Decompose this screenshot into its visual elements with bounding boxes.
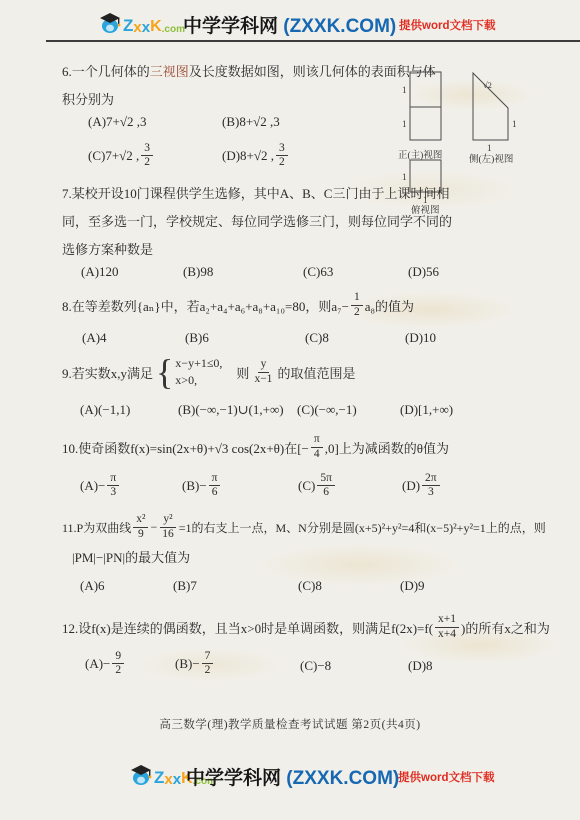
q6-text: 及长度数据如图，则该几何体的表面积与体 [189, 64, 436, 79]
bottom-banner: ZxxK.com 中学学科网 (ZXXK.COM) 提供word文档下载 [0, 760, 580, 794]
system-brace: { [156, 354, 173, 390]
q9-text: 9.若实数x,y满足 [62, 363, 153, 382]
logo-letter: x [142, 19, 150, 36]
promo-text: 提供word文档下载 [398, 769, 494, 785]
q9-option-a: (A)(−1,1) [80, 402, 130, 418]
header-divider [46, 40, 580, 42]
site-title-url: (ZXXK.COM) [286, 768, 399, 789]
question-10: 10.使奇函数f(x)=sin(2x+θ)+√3 cos(2x+θ)在[− π4… [62, 430, 574, 508]
logo-letter: .com [162, 24, 185, 36]
q11-option-b: (B)7 [173, 578, 197, 594]
fraction: 92 [112, 650, 124, 677]
q9-text: 的取值范围是 [277, 363, 355, 382]
q10-option-d: (D)2π3 [402, 472, 442, 499]
question-8-line: 8.在等差数列{aₙ}中，若a₂+a₄+a₆+a₈+a₁₀=80，则a₇− 12… [62, 288, 574, 322]
q6-option-b: (B)8+√2 ,3 [222, 114, 280, 130]
fraction: 2π3 [422, 472, 440, 499]
fraction: 32 [276, 142, 288, 169]
q10-option-b: (B)−π6 [182, 472, 222, 499]
question-6-line1: 6.一个几何体的三视图及长度数据如图，则该几何体的表面积与体 [62, 58, 574, 86]
graduation-cap-mascot-icon [97, 10, 123, 36]
question-12: 12.设f(x)是连续的偶函数，且当x>0时是单调函数，则满足f(2x)=f( … [62, 610, 574, 686]
site-title: 中学学科网 (ZXXK.COM) [183, 11, 396, 38]
question-7: 7.某校开设10门课程供学生选修，其中A、B、C三门由于上课时间相 同，至多选一… [62, 180, 574, 286]
q10-option-a: (A)−π3 [80, 472, 121, 499]
q8-option-b: (B)6 [185, 330, 209, 346]
q11-text: =1的右支上一点，M、N分别是圆(x+5)²+y²=4和(x−5)²+y²=1上… [179, 519, 546, 536]
fraction: yx−1 [251, 358, 275, 385]
graduation-cap-mascot-icon [128, 762, 154, 788]
q11-option-c: (C)8 [298, 578, 322, 594]
question-6-line2: 积分别为 [62, 86, 574, 114]
question-7-line2: 同，至多选一门，学校规定、每位同学选修三门，则每位同学不同的 [62, 208, 574, 236]
q9-option-b: (B)(−∞,−1)∪(1,+∞) [178, 402, 284, 418]
q6-option-c-text: (C)7+√2 , [88, 148, 139, 164]
q12-option-b: (B)−72 [175, 650, 215, 677]
question-7-line1: 7.某校开设10门课程供学生选修，其中A、B、C三门由于上课时间相 [62, 180, 574, 208]
logo-letter: x [173, 771, 181, 788]
fraction: π3 [107, 472, 119, 499]
question-10-line: 10.使奇函数f(x)=sin(2x+θ)+√3 cos(2x+θ)在[− π4… [62, 430, 574, 464]
q12-text: )的所有x之和为 [461, 618, 550, 637]
logo-letter: K [150, 18, 162, 36]
fraction: y²16 [159, 513, 177, 540]
question-11: 11.P为双曲线 x²9 − y²16 =1的右支上一点，M、N分别是圆(x+5… [62, 510, 574, 600]
fraction: π6 [209, 472, 221, 499]
q12-option-a: (A)−92 [85, 650, 126, 677]
q8-text: a₈的值为 [365, 296, 414, 315]
fraction: x²9 [133, 513, 148, 540]
logo-letter: Z [123, 16, 133, 36]
inequality-system: x−y+1≤0, x>0, [175, 355, 222, 389]
logo-letter: x [133, 19, 141, 36]
site-title-cn: 中学学科网 [183, 16, 278, 37]
top-banner: ZxxK.com 中学学科网 (ZXXK.COM) 提供word文档下载 [0, 8, 580, 42]
fraction: 5π6 [317, 472, 335, 499]
q8-option-d: (D)10 [405, 330, 436, 346]
q9-option-d: (D)[1,+∞) [400, 402, 453, 418]
q7-option-a: (A)120 [81, 264, 119, 280]
q10-option-c: (C)5π6 [298, 472, 337, 499]
q8-option-a: (A)4 [82, 330, 107, 346]
logo-letter: Z [154, 768, 164, 788]
question-8: 8.在等差数列{aₙ}中，若a₂+a₄+a₆+a₈+a₁₀=80，则a₇− 12… [62, 288, 574, 352]
site-title-cn: 中学学科网 [186, 768, 281, 789]
promo-text: 提供word文档下载 [399, 17, 495, 33]
q6-text: 6.一个几何体的 [62, 64, 150, 79]
q9-option-c: (C)(−∞,−1) [297, 402, 357, 418]
q6-option-c: (C)7+√2 ,32 [88, 142, 155, 169]
question-6: 6.一个几何体的三视图及长度数据如图，则该几何体的表面积与体 积分别为 (A)7… [62, 58, 574, 178]
q7-option-d: (D)56 [408, 264, 439, 280]
q10-text: ,0]上为减函数的θ值为 [325, 438, 449, 457]
q7-option-c: (C)63 [303, 264, 333, 280]
q11-text: − [150, 520, 157, 535]
q8-text: 8.在等差数列{aₙ}中，若a₂+a₄+a₆+a₈+a₁₀=80，则a₇− [62, 296, 349, 315]
fraction: 32 [141, 142, 153, 169]
q6-text-highlight: 三视图 [150, 64, 189, 79]
q11-option-a: (A)6 [80, 578, 105, 594]
site-title: 中学学科网 (ZXXK.COM) [186, 763, 399, 790]
zxxk-logo: ZxxK.com [97, 10, 185, 36]
q6-option-a: (A)7+√2 ,3 [88, 114, 147, 130]
q12-option-d: (D)8 [408, 658, 433, 674]
q7-option-b: (B)98 [183, 264, 213, 280]
q6-option-d-text: (D)8+√2 , [222, 148, 274, 164]
q12-option-c: (C)−8 [300, 658, 331, 674]
site-title-url: (ZXXK.COM) [283, 16, 396, 37]
fraction: 12 [351, 291, 363, 318]
question-7-line3: 选修方案种数是 [62, 236, 574, 264]
question-11-line1: 11.P为双曲线 x²9 − y²16 =1的右支上一点，M、N分别是圆(x+5… [62, 510, 574, 544]
page-footer: 高三数学(理)教学质量检查考试试题 第2页(共4页) [0, 716, 580, 732]
q9-text: 则 [236, 363, 249, 382]
fraction: π4 [311, 433, 323, 460]
q12-text: 12.设f(x)是连续的偶函数，且当x>0时是单调函数，则满足f(2x)=f( [62, 618, 433, 637]
q8-option-c: (C)8 [305, 330, 329, 346]
q6-option-d: (D)8+√2 ,32 [222, 142, 290, 169]
fraction: x+1x+4 [435, 613, 459, 640]
q10-text: 10.使奇函数f(x)=sin(2x+θ)+√3 cos(2x+θ)在[− [62, 438, 309, 457]
question-12-line: 12.设f(x)是连续的偶函数，且当x>0时是单调函数，则满足f(2x)=f( … [62, 610, 574, 644]
question-11-line2: |PM|−|PN|的最大值为 [62, 544, 574, 572]
question-9-line: 9.若实数x,y满足 { x−y+1≤0, x>0, 则 yx−1 的取值范围是 [62, 350, 574, 394]
question-9: 9.若实数x,y满足 { x−y+1≤0, x>0, 则 yx−1 的取值范围是… [62, 350, 574, 424]
logo-letter: x [164, 771, 172, 788]
q11-text: 11.P为双曲线 [62, 519, 131, 536]
q11-option-d: (D)9 [400, 578, 425, 594]
fraction: 72 [202, 650, 214, 677]
